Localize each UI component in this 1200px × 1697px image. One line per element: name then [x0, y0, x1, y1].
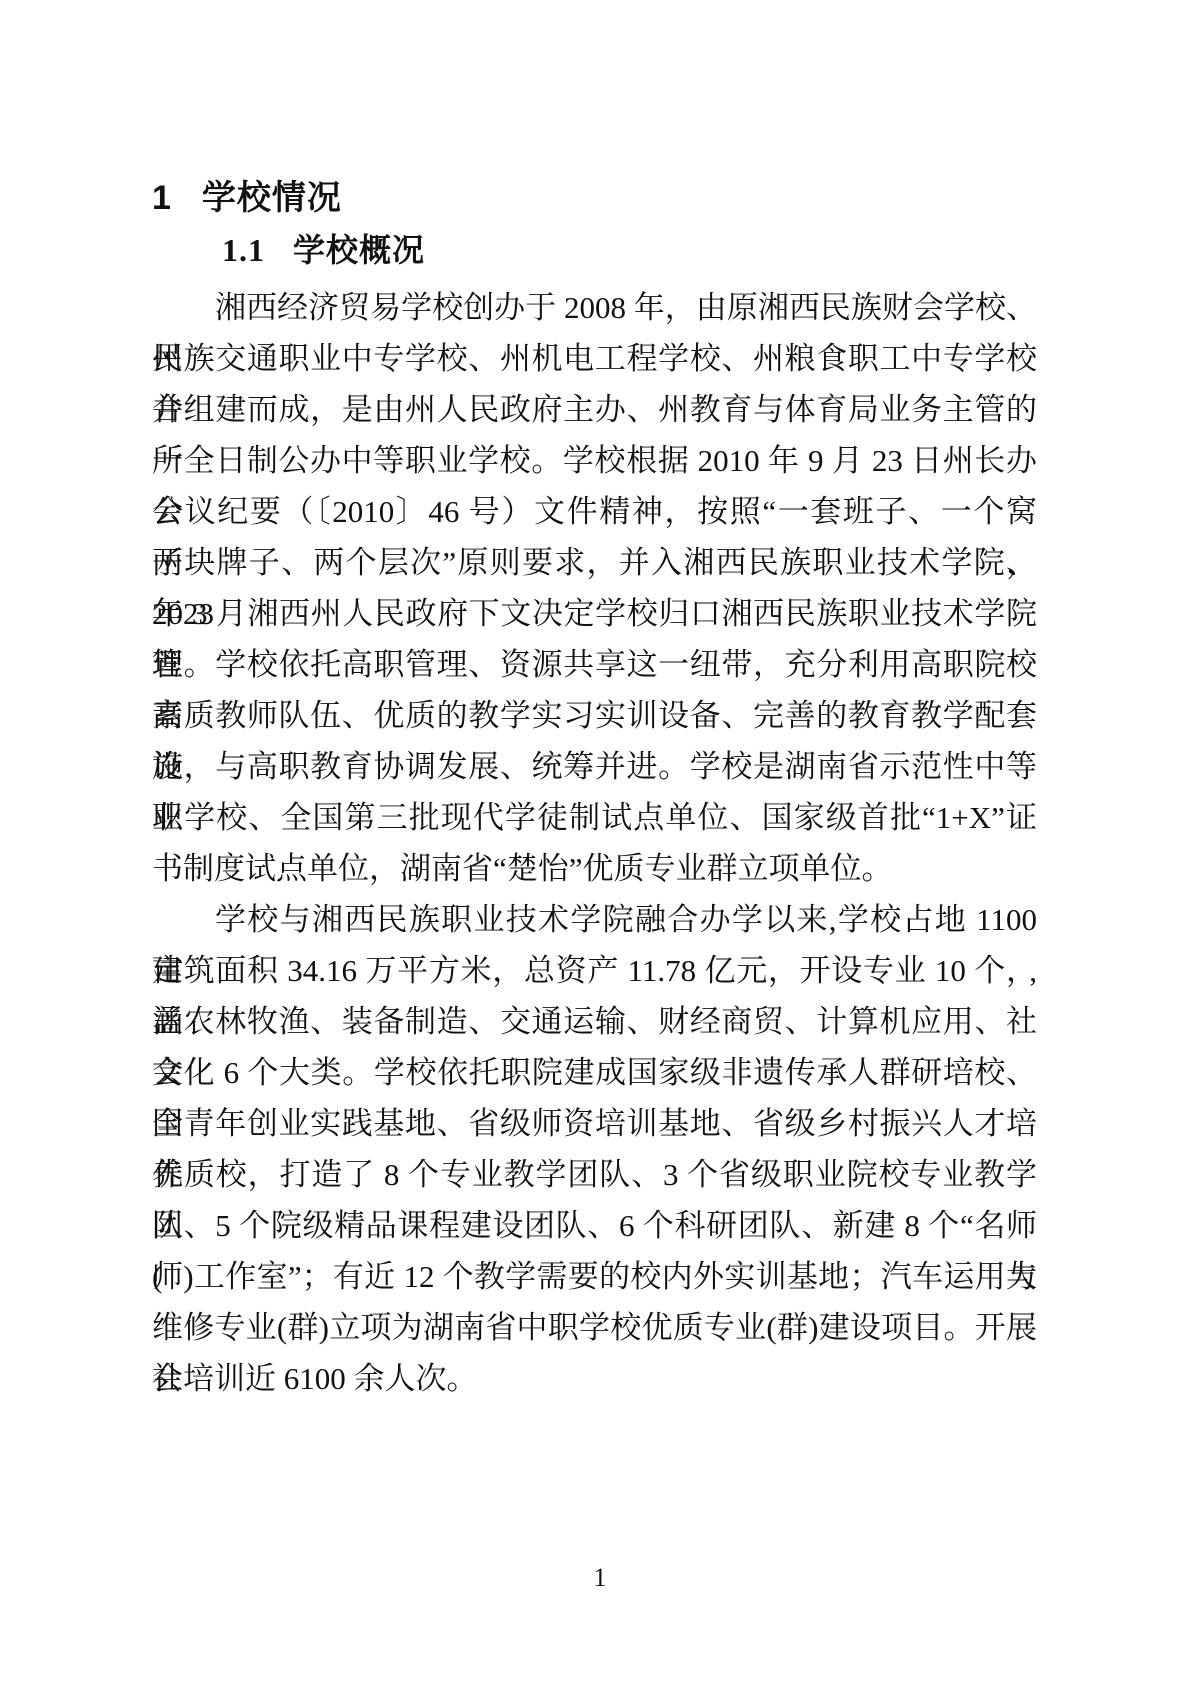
section-number: 1	[152, 179, 172, 217]
text-line: 业学校、全国第三批现代学徒制试点单位、国家级首批“1+X”证	[152, 792, 1037, 843]
text-line: 民族交通职业中专学校、州机电工程学校、州粮食职工中专学校合	[152, 333, 1037, 384]
text-line: 会议纪要（〔2010〕46 号）文件精神，按照“一套班子、一个窝子、	[152, 486, 1037, 537]
text-line: 年 3 月湘西州人民政府下文决定学校归口湘西民族职业技术学院管	[152, 588, 1037, 639]
text-line: 维修专业(群)立项为湖南省中职学校优质专业(群)建设项目。开展社	[152, 1302, 1037, 1353]
text-line: 两块牌子、两个层次”原则要求，并入湘西民族职业技术学院，2023	[152, 537, 1037, 588]
text-line: 队、5 个院级精品课程建设团队、6 个科研团队、新建 8 个“名师(大	[152, 1200, 1037, 1251]
subsection-number: 1.1	[222, 232, 265, 268]
text-line: 理。学校依托高职管理、资源共享这一纽带，充分利用高职院校高	[152, 639, 1037, 690]
text-line: 所全日制公办中等职业学校。学校根据 2010 年 9 月 23 日州长办公	[152, 435, 1037, 486]
text-line: 施，与高职教育协调发展、统筹并进。学校是湖南省示范性中等职	[152, 741, 1037, 792]
text-line: 会培训近 6100 余人次。	[152, 1353, 1037, 1404]
text-line: 素质教师队伍、优质的教学实习实训设备、完善的教育教学配套设	[152, 690, 1037, 741]
document-page: 1学校情况 1.1学校概况 湘西经济贸易学校创办于 2008 年，由原湘西民族财…	[0, 0, 1200, 1697]
paragraph: 学校与湘西民族职业技术学院融合办学以来,学校占地 1100 亩,建筑面积 34.…	[152, 894, 1037, 1404]
text-line: 优质校，打造了 8 个专业教学团队、3 个省级职业院校专业教学团	[152, 1149, 1037, 1200]
text-line: 书制度试点单位，湖南省“楚怡”优质专业群立项单位。	[152, 843, 1037, 894]
paragraph: 湘西经济贸易学校创办于 2008 年，由原湘西民族财会学校、州民族交通职业中专学…	[152, 282, 1037, 894]
body-text: 湘西经济贸易学校创办于 2008 年，由原湘西民族财会学校、州民族交通职业中专学…	[152, 282, 1037, 1404]
text-line: 建筑面积 34.16 万平方米，总资产 11.78 亿元，开设专业 10 个，涵	[152, 945, 1037, 996]
section-heading: 1学校情况	[152, 178, 342, 218]
subsection-heading: 1.1学校概况	[222, 231, 425, 269]
section-title: 学校情况	[202, 179, 342, 217]
text-line: 并组建而成，是由州人民政府主办、州教育与体育局业务主管的一	[152, 384, 1037, 435]
subsection-title: 学校概况	[293, 232, 425, 268]
text-line: 盖农林牧渔、装备制造、交通运输、财经商贸、计算机应用、社会	[152, 996, 1037, 1047]
text-line: 文化 6 个大类。学校依托职院建成国家级非遗传承人群研培校、全	[152, 1047, 1037, 1098]
text-line: 师)工作室”；有近 12 个教学需要的校内外实训基地；汽车运用与	[152, 1251, 1037, 1302]
text-line: 学校与湘西民族职业技术学院融合办学以来,学校占地 1100 亩,	[152, 894, 1037, 945]
text-line: 湘西经济贸易学校创办于 2008 年，由原湘西民族财会学校、州	[152, 282, 1037, 333]
text-line: 国青年创业实践基地、省级师资培训基地、省级乡村振兴人才培养	[152, 1098, 1037, 1149]
page-number: 1	[0, 1562, 1200, 1594]
